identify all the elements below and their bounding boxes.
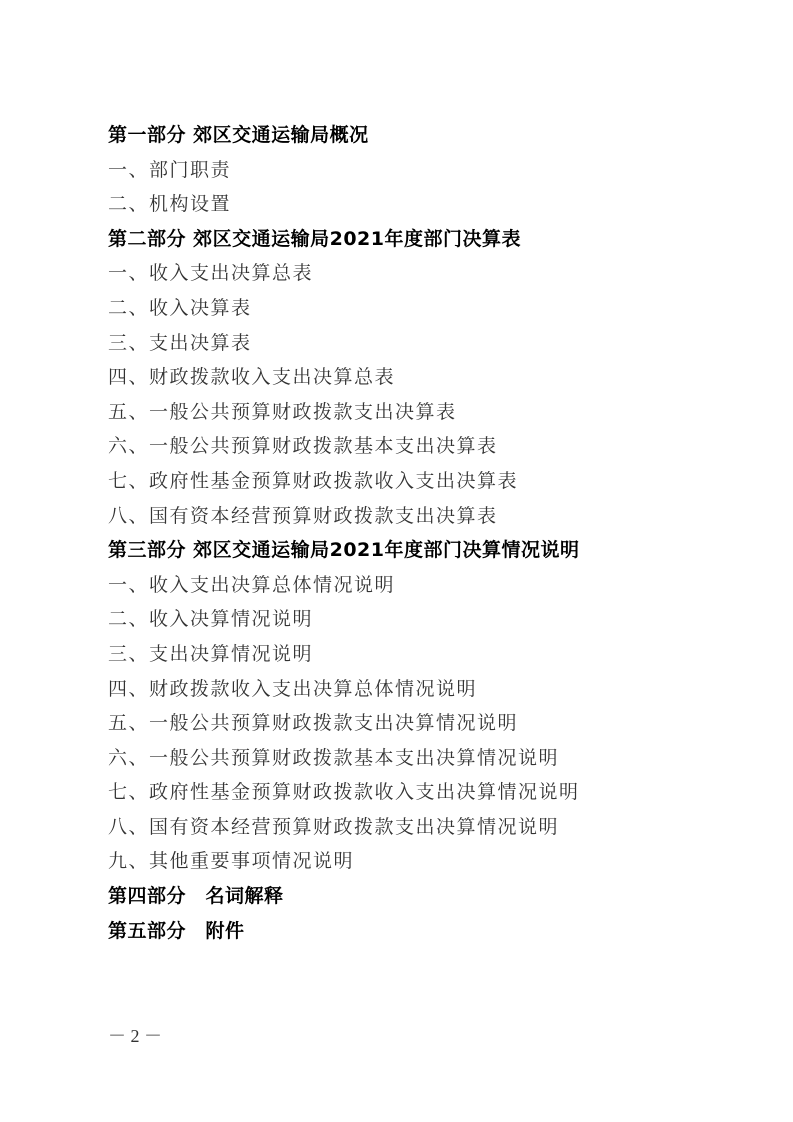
toc-item: 一、收入支出决算总体情况说明 bbox=[108, 568, 580, 603]
toc-item: 三、支出决算情况说明 bbox=[108, 637, 580, 672]
toc-item: 二、收入决算情况说明 bbox=[108, 602, 580, 637]
toc-part: 第二部分 郊区交通运输局2021年度部门决算表 bbox=[108, 222, 580, 257]
toc-item: 七、政府性基金预算财政拨款收入支出决算情况说明 bbox=[108, 775, 580, 810]
toc-item: 一、收入支出决算总表 bbox=[108, 256, 580, 291]
toc-item: 六、一般公共预算财政拨款基本支出决算情况说明 bbox=[108, 741, 580, 776]
toc-item: 一、部门职责 bbox=[108, 153, 580, 188]
toc-part: 第四部分 名词解释 bbox=[108, 879, 580, 914]
toc-part: 第一部分 郊区交通运输局概况 bbox=[108, 118, 580, 153]
toc-part: 第五部分 附件 bbox=[108, 914, 580, 949]
toc-item: 四、财政拨款收入支出决算总表 bbox=[108, 360, 580, 395]
toc-item: 四、财政拨款收入支出决算总体情况说明 bbox=[108, 672, 580, 707]
toc-item: 二、收入决算表 bbox=[108, 291, 580, 326]
toc-item: 二、机构设置 bbox=[108, 187, 580, 222]
toc-item: 三、支出决算表 bbox=[108, 326, 580, 361]
toc-item: 六、一般公共预算财政拨款基本支出决算表 bbox=[108, 429, 580, 464]
toc-item: 七、政府性基金预算财政拨款收入支出决算表 bbox=[108, 464, 580, 499]
toc-part: 第三部分 郊区交通运输局2021年度部门决算情况说明 bbox=[108, 533, 580, 568]
page-number: － 2 － bbox=[108, 1022, 162, 1048]
toc-item: 八、国有资本经营预算财政拨款支出决算情况说明 bbox=[108, 810, 580, 845]
toc-item: 五、一般公共预算财政拨款支出决算情况说明 bbox=[108, 706, 580, 741]
toc-item: 五、一般公共预算财政拨款支出决算表 bbox=[108, 395, 580, 430]
table-of-contents: 第一部分 郊区交通运输局概况 一、部门职责 二、机构设置 第二部分 郊区交通运输… bbox=[108, 118, 580, 948]
toc-item: 九、其他重要事项情况说明 bbox=[108, 844, 580, 879]
toc-item: 八、国有资本经营预算财政拨款支出决算表 bbox=[108, 499, 580, 534]
